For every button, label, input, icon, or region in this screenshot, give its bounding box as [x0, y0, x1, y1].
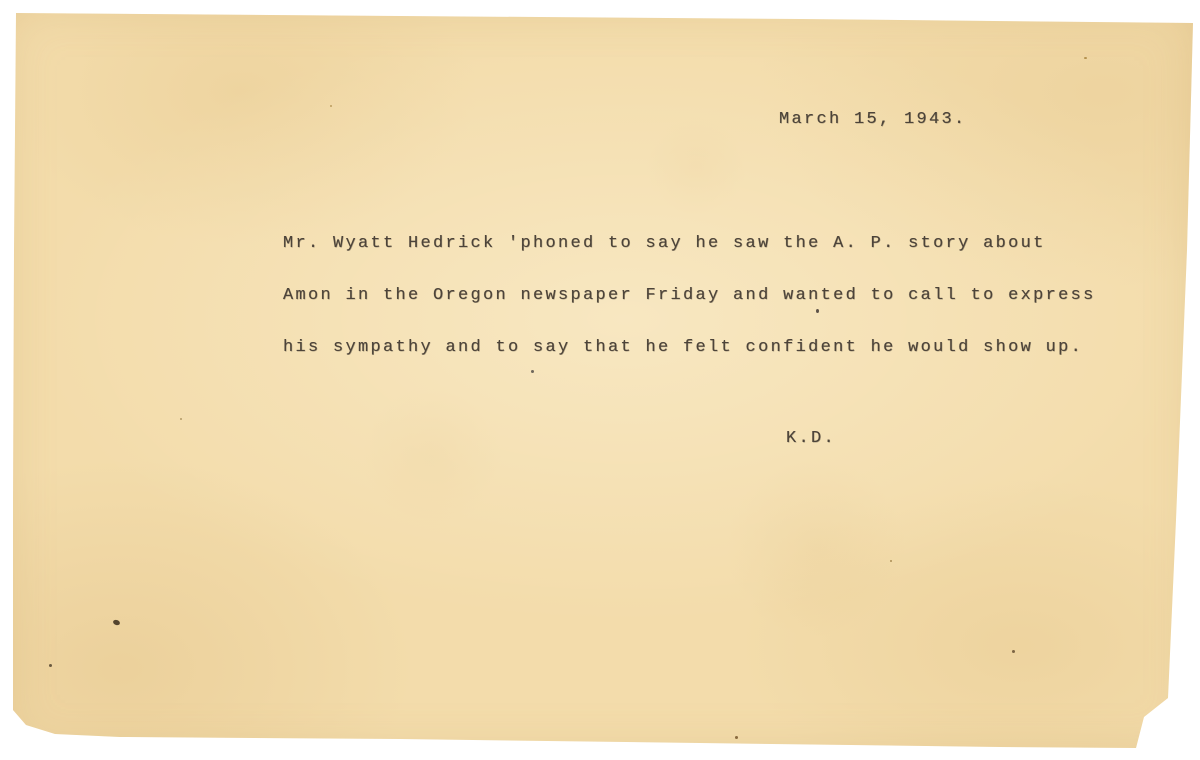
- foxing-spot: [1012, 650, 1015, 653]
- scanned-page: March 15, 1943. Mr. Wyatt Hedrick 'phone…: [0, 0, 1200, 760]
- body-line: Amon in the Oregon newspaper Friday and …: [283, 286, 1096, 305]
- foxing-spot: [531, 370, 534, 373]
- foxing-spot: [180, 418, 182, 420]
- foxing-spot: [1084, 57, 1087, 59]
- foxing-spot: [816, 309, 819, 313]
- signature-initials: K.D.: [786, 429, 836, 448]
- body-line: his sympathy and to say that he felt con…: [283, 338, 1083, 357]
- date-line: March 15, 1943.: [779, 110, 967, 129]
- foxing-spot: [890, 560, 892, 562]
- foxing-spot: [330, 105, 332, 107]
- body-line: Mr. Wyatt Hedrick 'phoned to say he saw …: [283, 234, 1046, 253]
- paper-sheet: March 15, 1943. Mr. Wyatt Hedrick 'phone…: [0, 0, 1200, 760]
- foxing-spot: [735, 736, 738, 739]
- foxing-spot: [49, 664, 52, 667]
- foxing-spot: [112, 619, 120, 626]
